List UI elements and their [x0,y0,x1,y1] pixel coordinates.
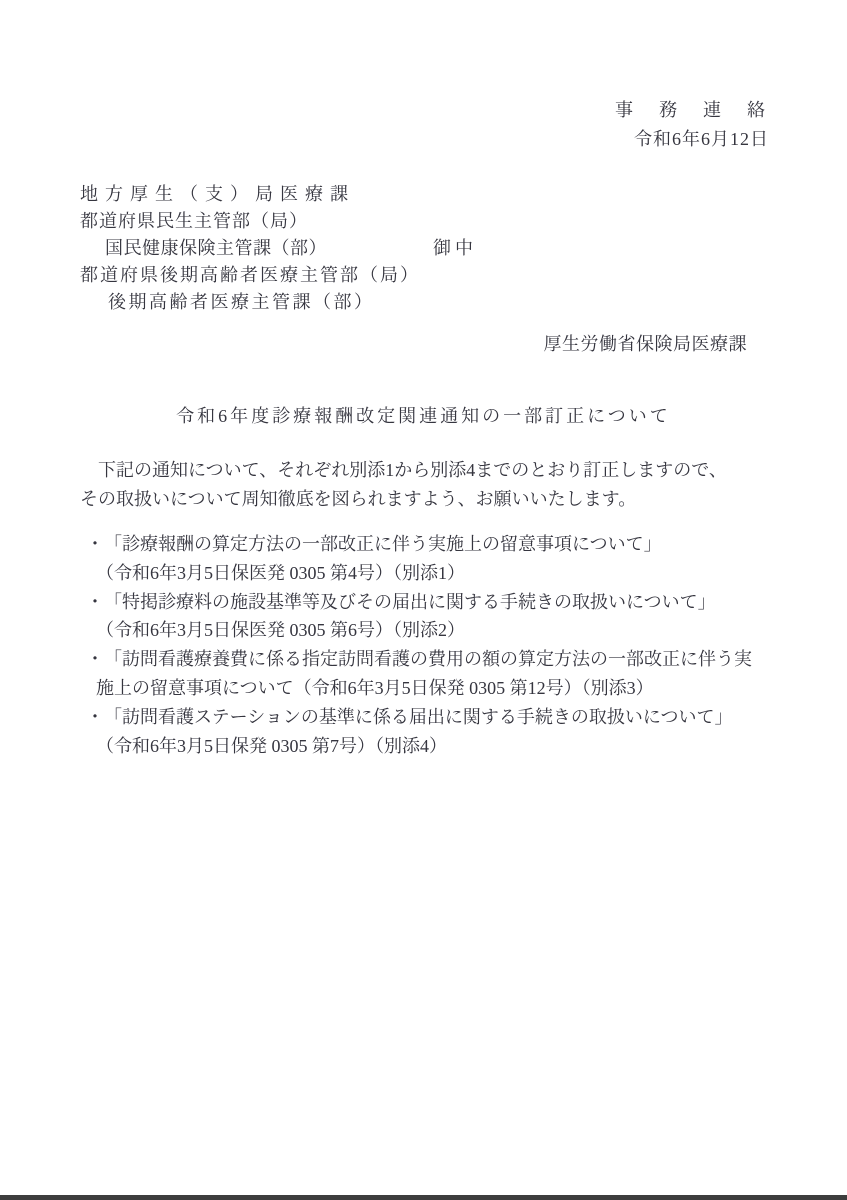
notice-list: ・ 「診療報酬の算定方法の一部改正に伴う実施上の留意事項について」 （令和6年3… [0,530,847,760]
recipient-name: 国民健康保険主管課（部） [105,238,327,258]
recipient-line: 都道府県民生主管部（局） [80,208,847,235]
doc-kind-label: 事 務 連 絡 [0,96,769,125]
notice-item: ・ 「診療報酬の算定方法の一部改正に伴う実施上の留意事項について」 （令和6年3… [86,530,847,588]
bullet-icon: ・ [86,645,104,674]
notice-reference-line: （令和6年3月5日保医発 0305 第4号）（別添1） [96,559,847,588]
body-paragraph: 下記の通知について、それぞれ別添1から別添4までのとおり訂正しますので、 その取… [80,456,777,513]
notice-reference-line: （令和6年3月5日保発 0305 第7号）（別添4） [96,732,847,761]
attention-label: 御中 [433,238,477,258]
body-paragraph-line: 下記の通知について、それぞれ別添1から別添4までのとおり訂正しますので、 [80,456,777,485]
bullet-icon: ・ [86,588,104,617]
document-title: 令和6年度診療報酬改定関連通知の一部訂正について [0,402,847,431]
notice-reference-line: 施上の留意事項について（令和6年3月5日保発 0305 第12号）（別添3） [96,674,847,703]
document-page: 事 務 連 絡 令和6年6月12日 地方厚生（支）局医療課 都道府県民生主管部（… [0,0,847,1200]
notice-reference-line: （令和6年3月5日保医発 0305 第6号）（別添2） [96,616,847,645]
recipient-line: 国民健康保険主管課（部）御中 [80,235,847,262]
body-paragraph-line: その取扱いについて周知徹底を図られますよう、お願いいたします。 [80,485,777,514]
page-bottom-edge [0,1195,847,1200]
bullet-icon: ・ [86,703,104,732]
notice-item: ・ 「特掲診療料の施設基準等及びその届出に関する手続きの取扱いについて」 （令和… [86,588,847,646]
notice-title-line: 「訪問看護ステーションの基準に係る届出に関する手続きの取扱いについて」 [104,703,733,732]
bullet-icon: ・ [86,530,104,559]
notice-title-line: 「訪問看護療養費に係る指定訪問看護の費用の額の算定方法の一部改正に伴う実 [104,645,752,674]
recipient-line: 後期高齢者医療主管課（部） [80,289,847,316]
recipient-line: 都道府県後期高齢者医療主管部（局） [80,262,847,289]
notice-item: ・ 「訪問看護ステーションの基準に係る届出に関する手続きの取扱いについて」 （令… [86,703,847,761]
doc-date: 令和6年6月12日 [0,125,769,154]
document-header: 事 務 連 絡 令和6年6月12日 [0,0,847,154]
recipient-line: 地方厚生（支）局医療課 [80,181,847,208]
recipient-block: 地方厚生（支）局医療課 都道府県民生主管部（局） 国民健康保険主管課（部）御中 … [80,181,847,316]
notice-title-line: 「特掲診療料の施設基準等及びその届出に関する手続きの取扱いについて」 [104,588,716,617]
notice-item: ・ 「訪問看護療養費に係る指定訪問看護の費用の額の算定方法の一部改正に伴う実 施… [86,645,847,703]
sender: 厚生労働省保険局医療課 [0,330,847,359]
notice-title-line: 「診療報酬の算定方法の一部改正に伴う実施上の留意事項について」 [104,530,662,559]
